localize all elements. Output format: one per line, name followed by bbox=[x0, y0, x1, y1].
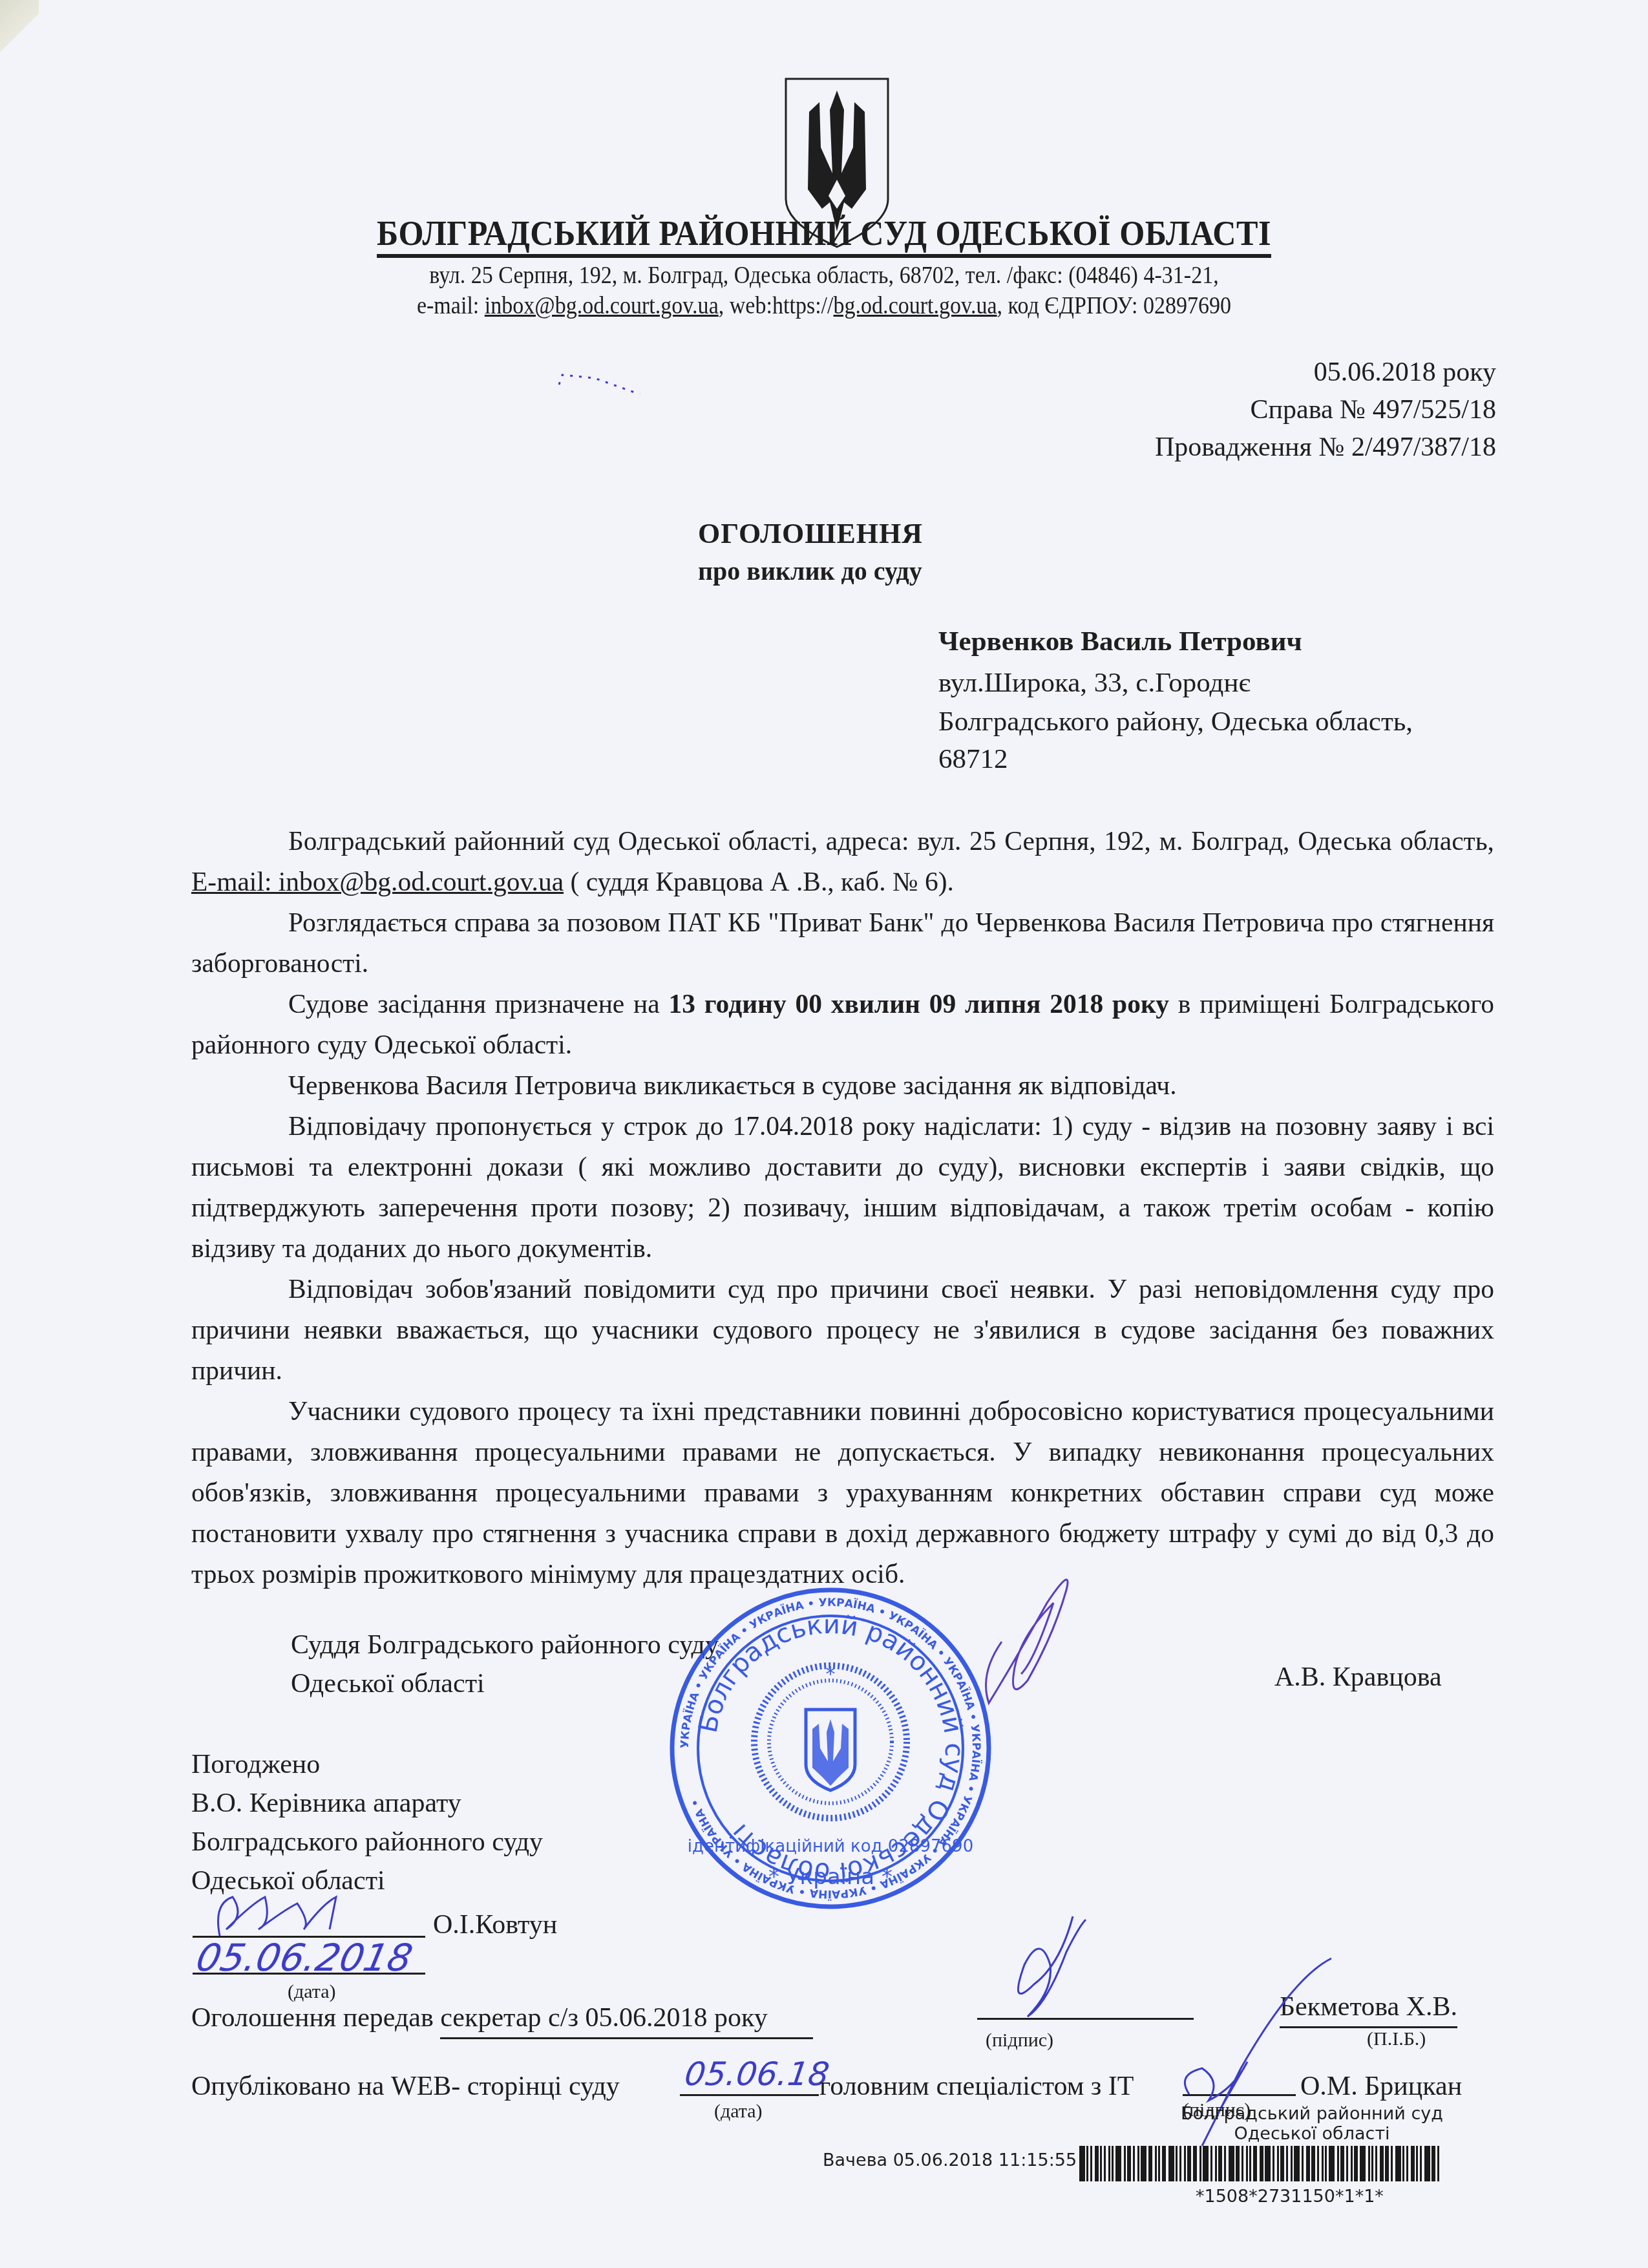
stamp-id-code: ідентифікаційний код 02897690 bbox=[688, 1837, 973, 1856]
approval-position-line2: Болградського районного суду bbox=[191, 1823, 543, 1861]
registrar-timestamp: Вачева 05.06.2018 11:15:55 bbox=[823, 2150, 1077, 2170]
paragraph-response-deadline: Відповідачу пропонується у строк до 17.0… bbox=[191, 1106, 1494, 1269]
paper-corner-fold bbox=[0, 0, 39, 65]
recipient-address-line2: Болградського району, Одеська область, bbox=[938, 706, 1413, 737]
recipient-name: Червенков Василь Петрович bbox=[938, 626, 1302, 657]
publication-date-caption: (дата) bbox=[714, 2101, 763, 2123]
judge-title: Суддя Болградського районного суду Одесь… bbox=[291, 1626, 719, 1703]
recipient-postcode: 68712 bbox=[938, 743, 1008, 775]
court-email-link[interactable]: inbox@bg.od.court.gov.ua bbox=[485, 293, 719, 319]
registration-barcode bbox=[1079, 2146, 1442, 2181]
paragraph-hearing-date: Судове засідання призначене на 13 годину… bbox=[191, 984, 1494, 1065]
document-title: ОГОЛОШЕННЯ bbox=[698, 517, 923, 550]
publication-label: Опубліковано на WEB- сторінці суду bbox=[191, 2072, 620, 2101]
footer-court-name: Болградський районний суд Одеської облас… bbox=[1176, 2104, 1448, 2144]
publication-handwritten-date: 05.06.18 bbox=[682, 2055, 832, 2093]
paragraph-court-address: Болградський районний суд Одеської облас… bbox=[191, 821, 1494, 902]
transmission-label: Оголошення передав bbox=[191, 2003, 440, 2033]
publication-by-label: головним спеціалістом з ІТ bbox=[819, 2067, 1134, 2106]
judge-name: А.В. Кравцова bbox=[1274, 1658, 1442, 1697]
approval-name: О.І.Ковтун bbox=[433, 1905, 557, 1944]
paragraph-absence-notice: Відповідач зобов'язаний повідомити суд п… bbox=[191, 1269, 1494, 1391]
pen-mark bbox=[556, 368, 646, 394]
approval-handwritten-signature bbox=[207, 1891, 355, 1942]
court-website-link[interactable]: bg.od.court.gov.ua bbox=[834, 293, 997, 319]
secretary-signature-caption: (підпис) bbox=[986, 2030, 1053, 2051]
transmission-secretary: секретар с/з 05.06.2018 року bbox=[440, 1998, 813, 2039]
paragraph-case: Розглядається справа за позовом ПАТ КБ "… bbox=[191, 902, 1494, 984]
recipient-address-line1: вул.Широка, 33, с.Городнє bbox=[938, 667, 1251, 699]
proceeding-number: Провадження № 2/497/387/18 bbox=[1155, 432, 1496, 463]
approval-block: Погоджено В.О. Керівника апарату Болград… bbox=[191, 1745, 543, 1900]
case-number: Справа № 497/525/18 bbox=[1251, 394, 1496, 425]
svg-text:*: * bbox=[826, 1663, 836, 1686]
body-email-link[interactable]: E-mail: inbox@bg.od.court.gov.ua bbox=[191, 867, 564, 896]
secretary-handwritten-signature bbox=[989, 1913, 1118, 2042]
paragraph-procedural-rights: Учасники судового процесу та їхні предст… bbox=[191, 1391, 1494, 1595]
it-specialist-name: О.М. Брицкан bbox=[1300, 2067, 1462, 2106]
publication-line: Опубліковано на WEB- сторінці суду bbox=[191, 2067, 620, 2106]
court-name-heading: БОЛГРАДСЬКИЙ РАЙОННИЙ СУД ОДЕСЬКОЇ ОБЛАС… bbox=[58, 213, 1590, 253]
secretary-name-caption: (П.І.Б.) bbox=[1367, 2028, 1426, 2050]
approval-position-line1: В.О. Керівника апарату bbox=[191, 1784, 543, 1823]
official-court-stamp: УКРАЇНА • УКРАЇНА • УКРАЇНА • УКРАЇНА • … bbox=[662, 1580, 998, 1916]
stamp-country-text: * Україна * bbox=[768, 1864, 893, 1890]
court-address: вул. 25 Серпня, 192, м. Болград, Одеська… bbox=[66, 262, 1582, 290]
announcement-body: Болградський районний суд Одеської облас… bbox=[191, 821, 1494, 1595]
approval-date-line bbox=[193, 1973, 425, 1975]
publication-date-line bbox=[680, 2094, 819, 2096]
barcode-number: *1508*2731150*1*1* bbox=[1196, 2187, 1384, 2207]
paragraph-summons: Червенкова Василя Петровича викликається… bbox=[191, 1065, 1494, 1106]
transmission-line: Оголошення передав секретар с/з 05.06.20… bbox=[191, 1998, 813, 2039]
document-subtitle: про виклик до суду bbox=[698, 556, 922, 586]
court-contacts: e-mail: inbox@bg.od.court.gov.ua, web:ht… bbox=[66, 292, 1582, 320]
approval-label: Погоджено bbox=[191, 1745, 543, 1784]
document-date: 05.06.2018 року bbox=[1314, 357, 1496, 388]
registration-barcode-area: Вачева 05.06.2018 11:15:55 bbox=[823, 2146, 1442, 2181]
